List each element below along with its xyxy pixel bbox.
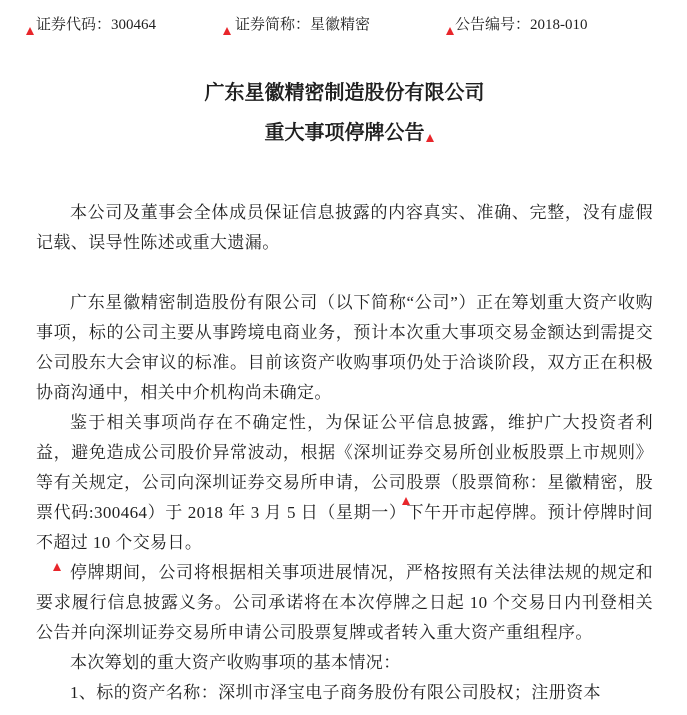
company-name-title: 广东星徽精密制造股份有限公司 bbox=[36, 80, 653, 106]
announcement-document: 证券代码：300464 证券简称：星徽精密 公告编号：2018-010 广东星徽… bbox=[0, 0, 687, 715]
paragraph-disclaimer: 本公司及董事会全体成员保证信息披露的内容真实、准确、完整，没有虚假记载、误导性陈… bbox=[36, 198, 653, 258]
paragraph-disclosure-commitment: 停牌期间，公司将根据相关事项进展情况，严格按照有关法律法规的规定和要求履行信息披… bbox=[36, 558, 653, 648]
doc-header: 证券代码：300464 证券简称：星徽精密 公告编号：2018-010 bbox=[36, 14, 653, 36]
red-annotation-mark-icon bbox=[446, 27, 454, 35]
paragraph-basic-info-heading: 本次筹划的重大资产收购事项的基本情况： bbox=[36, 648, 653, 678]
stock-code: 证券代码：300464 bbox=[36, 14, 235, 36]
red-annotation-mark-icon bbox=[426, 134, 434, 142]
red-annotation-mark-icon bbox=[53, 563, 61, 571]
red-annotation-mark-icon bbox=[26, 27, 34, 35]
stock-name: 证券简称：星徽精密 bbox=[235, 14, 455, 36]
red-annotation-mark-icon bbox=[223, 27, 231, 35]
announcement-number: 公告编号：2018-010 bbox=[455, 14, 653, 36]
paragraph-suspension-details: 鉴于相关事项尚存在不确定性，为保证公平信息披露，维护广大投资者利益，避免造成公司… bbox=[36, 408, 653, 558]
paragraph-target-asset: 1、标的资产名称：深圳市泽宝电子商务股份有限公司股权；注册资本 bbox=[36, 678, 653, 708]
document-body: 本公司及董事会全体成员保证信息披露的内容真实、准确、完整，没有虚假记载、误导性陈… bbox=[36, 198, 653, 708]
announcement-title: 重大事项停牌公告 bbox=[36, 120, 653, 146]
paragraph-acquisition-plan: 广东星徽精密制造股份有限公司（以下简称“公司”）正在筹划重大资产收购事项，标的公… bbox=[36, 288, 653, 408]
red-annotation-mark-icon bbox=[402, 497, 410, 505]
